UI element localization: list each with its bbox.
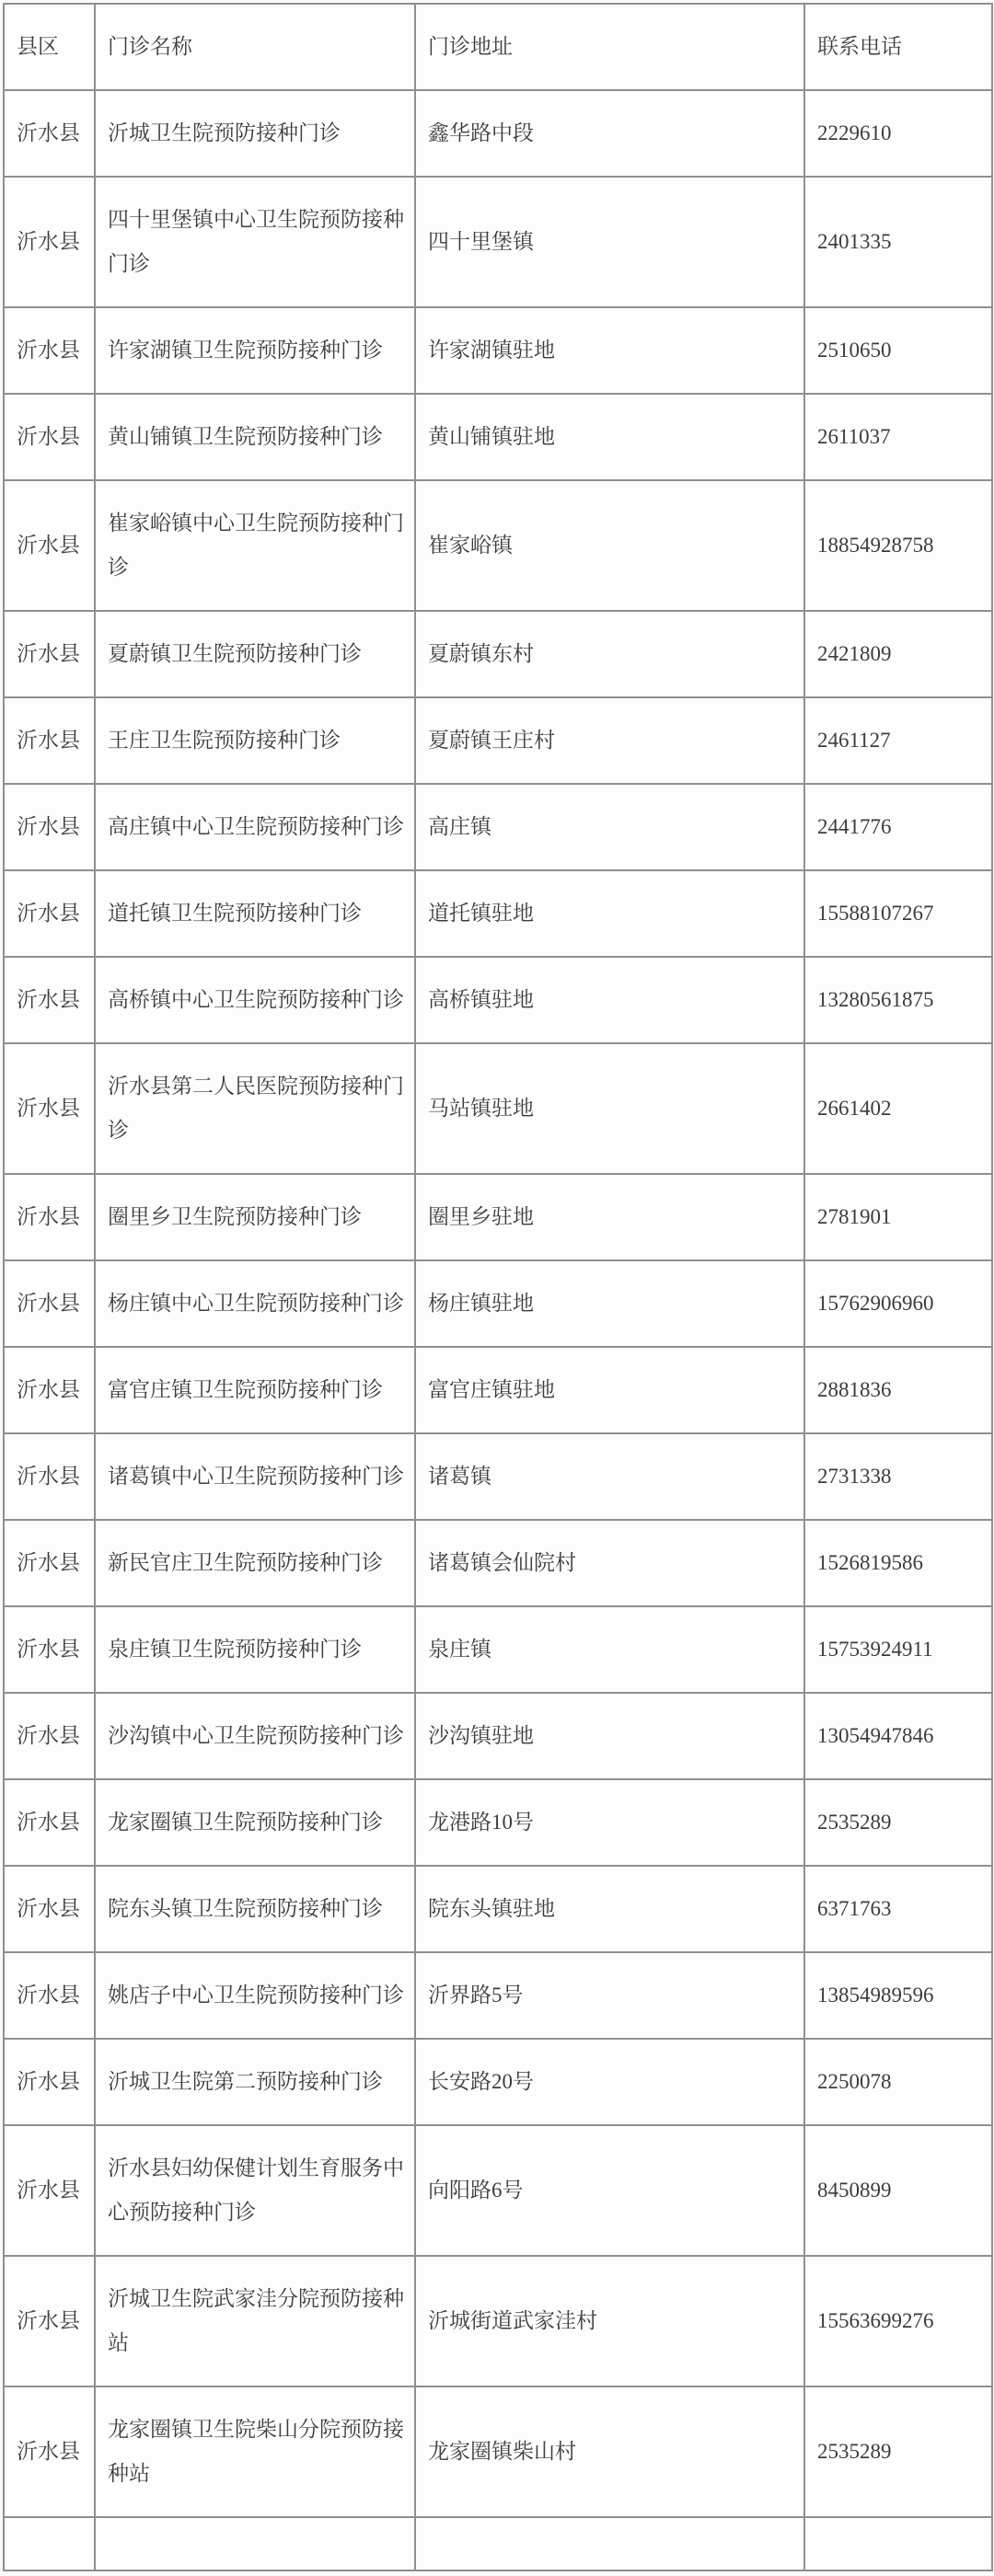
table-row: 沂水县 龙家圈镇卫生院柴山分院预防接种站 龙家圈镇柴山村 2535289 (4, 2386, 992, 2517)
county-cell: 沂水县 (4, 1866, 95, 1952)
address-cell: 长安路20号 (415, 2039, 804, 2125)
header-name: 门诊名称 (95, 4, 415, 90)
county-cell: 沂水县 (4, 2125, 95, 2256)
phone-cell: 2661402 (804, 1043, 992, 1174)
phone-cell: 2535289 (804, 2386, 992, 2517)
page: 县区 门诊名称 门诊地址 联系电话 沂水县 沂城卫生院预防接种门诊 鑫华路中段 … (0, 0, 994, 2576)
header-phone: 联系电话 (804, 4, 992, 90)
phone-cell: 2421809 (804, 611, 992, 697)
table-row: 沂水县 高桥镇中心卫生院预防接种门诊 高桥镇驻地 13280561875 (4, 957, 992, 1043)
address-cell: 沙沟镇驻地 (415, 1693, 804, 1779)
name-cell: 沂城卫生院武家洼分院预防接种站 (95, 2256, 415, 2386)
address-cell: 杨庄镇驻地 (415, 1260, 804, 1347)
county-cell: 沂水县 (4, 1952, 95, 2039)
table-row: 沂水县 夏蔚镇卫生院预防接种门诊 夏蔚镇东村 2421809 (4, 611, 992, 697)
table-row: 沂水县 杨庄镇中心卫生院预防接种门诊 杨庄镇驻地 15762906960 (4, 1260, 992, 1347)
partial-address-cell (415, 2517, 804, 2570)
name-cell: 沂城卫生院第二预防接种门诊 (95, 2039, 415, 2125)
county-cell: 沂水县 (4, 1347, 95, 1433)
phone-cell: 15588107267 (804, 870, 992, 957)
table-row: 沂水县 诸葛镇中心卫生院预防接种门诊 诸葛镇 2731338 (4, 1433, 992, 1520)
vaccination-clinics-table: 县区 门诊名称 门诊地址 联系电话 沂水县 沂城卫生院预防接种门诊 鑫华路中段 … (3, 3, 993, 2571)
county-cell: 沂水县 (4, 784, 95, 870)
phone-cell: 2441776 (804, 784, 992, 870)
table-row: 沂水县 富官庄镇卫生院预防接种门诊 富官庄镇驻地 2881836 (4, 1347, 992, 1433)
table-row: 沂水县 王庄卫生院预防接种门诊 夏蔚镇王庄村 2461127 (4, 697, 992, 784)
phone-cell: 2229610 (804, 90, 992, 177)
address-cell: 四十里堡镇 (415, 177, 804, 307)
phone-cell: 8450899 (804, 2125, 992, 2256)
address-cell: 沂界路5号 (415, 1952, 804, 2039)
table-row: 沂水县 沙沟镇中心卫生院预防接种门诊 沙沟镇驻地 13054947846 (4, 1693, 992, 1779)
name-cell: 姚店子中心卫生院预防接种门诊 (95, 1952, 415, 2039)
address-cell: 许家湖镇驻地 (415, 307, 804, 394)
name-cell: 许家湖镇卫生院预防接种门诊 (95, 307, 415, 394)
header-row: 县区 门诊名称 门诊地址 联系电话 (4, 4, 992, 90)
table-row: 沂水县 沂水县妇幼保健计划生育服务中心预防接种门诊 向阳路6号 8450899 (4, 2125, 992, 2256)
table-row: 沂水县 许家湖镇卫生院预防接种门诊 许家湖镇驻地 2510650 (4, 307, 992, 394)
table-row: 沂水县 姚店子中心卫生院预防接种门诊 沂界路5号 13854989596 (4, 1952, 992, 2039)
county-cell: 沂水县 (4, 2256, 95, 2386)
table-row: 沂水县 黄山铺镇卫生院预防接种门诊 黄山铺镇驻地 2611037 (4, 394, 992, 480)
table-row: 沂水县 沂水县第二人民医院预防接种门诊 马站镇驻地 2661402 (4, 1043, 992, 1174)
name-cell: 沂水县第二人民医院预防接种门诊 (95, 1043, 415, 1174)
table-header: 县区 门诊名称 门诊地址 联系电话 (4, 4, 992, 90)
name-cell: 四十里堡镇中心卫生院预防接种门诊 (95, 177, 415, 307)
address-cell: 诸葛镇 (415, 1433, 804, 1520)
name-cell: 崔家峪镇中心卫生院预防接种门诊 (95, 480, 415, 611)
table-row: 沂水县 新民官庄卫生院预防接种门诊 诸葛镇会仙院村 1526819586 (4, 1520, 992, 1606)
name-cell: 道托镇卫生院预防接种门诊 (95, 870, 415, 957)
table-row: 沂水县 院东头镇卫生院预防接种门诊 院东头镇驻地 6371763 (4, 1866, 992, 1952)
name-cell: 新民官庄卫生院预防接种门诊 (95, 1520, 415, 1606)
partial-phone-cell (804, 2517, 992, 2570)
county-cell: 沂水县 (4, 870, 95, 957)
phone-cell: 2611037 (804, 394, 992, 480)
address-cell: 高庄镇 (415, 784, 804, 870)
address-cell: 沂城街道武家洼村 (415, 2256, 804, 2386)
name-cell: 龙家圈镇卫生院预防接种门诊 (95, 1779, 415, 1866)
address-cell: 鑫华路中段 (415, 90, 804, 177)
table-row: 沂水县 龙家圈镇卫生院预防接种门诊 龙港路10号 2535289 (4, 1779, 992, 1866)
phone-cell: 1526819586 (804, 1520, 992, 1606)
county-cell: 沂水县 (4, 2039, 95, 2125)
phone-cell: 6371763 (804, 1866, 992, 1952)
phone-cell: 2510650 (804, 307, 992, 394)
phone-cell: 15762906960 (804, 1260, 992, 1347)
phone-cell: 2781901 (804, 1174, 992, 1260)
address-cell: 夏蔚镇王庄村 (415, 697, 804, 784)
name-cell: 夏蔚镇卫生院预防接种门诊 (95, 611, 415, 697)
phone-cell: 2461127 (804, 697, 992, 784)
phone-cell: 2250078 (804, 2039, 992, 2125)
county-cell: 沂水县 (4, 307, 95, 394)
table-row: 沂水县 四十里堡镇中心卫生院预防接种门诊 四十里堡镇 2401335 (4, 177, 992, 307)
partial-row (4, 2517, 992, 2570)
phone-cell: 13280561875 (804, 957, 992, 1043)
name-cell: 圈里乡卫生院预防接种门诊 (95, 1174, 415, 1260)
county-cell: 沂水县 (4, 697, 95, 784)
phone-cell: 13854989596 (804, 1952, 992, 2039)
table-row: 沂水县 圈里乡卫生院预防接种门诊 圈里乡驻地 2781901 (4, 1174, 992, 1260)
phone-cell: 18854928758 (804, 480, 992, 611)
table-row: 沂水县 崔家峪镇中心卫生院预防接种门诊 崔家峪镇 18854928758 (4, 480, 992, 611)
phone-cell: 2731338 (804, 1433, 992, 1520)
name-cell: 院东头镇卫生院预防接种门诊 (95, 1866, 415, 1952)
address-cell: 马站镇驻地 (415, 1043, 804, 1174)
name-cell: 高庄镇中心卫生院预防接种门诊 (95, 784, 415, 870)
name-cell: 龙家圈镇卫生院柴山分院预防接种站 (95, 2386, 415, 2517)
address-cell: 夏蔚镇东村 (415, 611, 804, 697)
table-row: 沂水县 沂城卫生院预防接种门诊 鑫华路中段 2229610 (4, 90, 992, 177)
name-cell: 杨庄镇中心卫生院预防接种门诊 (95, 1260, 415, 1347)
phone-cell: 2401335 (804, 177, 992, 307)
county-cell: 沂水县 (4, 1174, 95, 1260)
phone-cell: 2881836 (804, 1347, 992, 1433)
county-cell: 沂水县 (4, 1043, 95, 1174)
partial-name-cell (95, 2517, 415, 2570)
address-cell: 高桥镇驻地 (415, 957, 804, 1043)
address-cell: 诸葛镇会仙院村 (415, 1520, 804, 1606)
county-cell: 沂水县 (4, 611, 95, 697)
county-cell: 沂水县 (4, 2386, 95, 2517)
address-cell: 道托镇驻地 (415, 870, 804, 957)
address-cell: 黄山铺镇驻地 (415, 394, 804, 480)
name-cell: 泉庄镇卫生院预防接种门诊 (95, 1606, 415, 1693)
address-cell: 院东头镇驻地 (415, 1866, 804, 1952)
county-cell: 沂水县 (4, 480, 95, 611)
name-cell: 王庄卫生院预防接种门诊 (95, 697, 415, 784)
county-cell: 沂水县 (4, 90, 95, 177)
phone-cell: 2535289 (804, 1779, 992, 1866)
county-cell: 沂水县 (4, 177, 95, 307)
phone-cell: 15563699276 (804, 2256, 992, 2386)
name-cell: 诸葛镇中心卫生院预防接种门诊 (95, 1433, 415, 1520)
county-cell: 沂水县 (4, 1779, 95, 1866)
address-cell: 向阳路6号 (415, 2125, 804, 2256)
table-row: 沂水县 泉庄镇卫生院预防接种门诊 泉庄镇 15753924911 (4, 1606, 992, 1693)
name-cell: 沙沟镇中心卫生院预防接种门诊 (95, 1693, 415, 1779)
name-cell: 富官庄镇卫生院预防接种门诊 (95, 1347, 415, 1433)
county-cell: 沂水县 (4, 1433, 95, 1520)
address-cell: 圈里乡驻地 (415, 1174, 804, 1260)
county-cell: 沂水县 (4, 1520, 95, 1606)
table-row: 沂水县 沂城卫生院武家洼分院预防接种站 沂城街道武家洼村 15563699276 (4, 2256, 992, 2386)
partial-county-cell (4, 2517, 95, 2570)
county-cell: 沂水县 (4, 957, 95, 1043)
clinic-table-body: 沂水县 沂城卫生院预防接种门诊 鑫华路中段 2229610 沂水县 四十里堡镇中… (4, 90, 992, 2517)
header-county: 县区 (4, 4, 95, 90)
county-cell: 沂水县 (4, 1260, 95, 1347)
name-cell: 沂水县妇幼保健计划生育服务中心预防接种门诊 (95, 2125, 415, 2256)
address-cell: 富官庄镇驻地 (415, 1347, 804, 1433)
address-cell: 龙家圈镇柴山村 (415, 2386, 804, 2517)
phone-cell: 15753924911 (804, 1606, 992, 1693)
address-cell: 崔家峪镇 (415, 480, 804, 611)
phone-cell: 13054947846 (804, 1693, 992, 1779)
county-cell: 沂水县 (4, 394, 95, 480)
table-row: 沂水县 沂城卫生院第二预防接种门诊 长安路20号 2250078 (4, 2039, 992, 2125)
name-cell: 黄山铺镇卫生院预防接种门诊 (95, 394, 415, 480)
county-cell: 沂水县 (4, 1606, 95, 1693)
table-row: 沂水县 道托镇卫生院预防接种门诊 道托镇驻地 15588107267 (4, 870, 992, 957)
header-address: 门诊地址 (415, 4, 804, 90)
name-cell: 沂城卫生院预防接种门诊 (95, 90, 415, 177)
address-cell: 龙港路10号 (415, 1779, 804, 1866)
county-cell: 沂水县 (4, 1693, 95, 1779)
table-row: 沂水县 高庄镇中心卫生院预防接种门诊 高庄镇 2441776 (4, 784, 992, 870)
name-cell: 高桥镇中心卫生院预防接种门诊 (95, 957, 415, 1043)
address-cell: 泉庄镇 (415, 1606, 804, 1693)
